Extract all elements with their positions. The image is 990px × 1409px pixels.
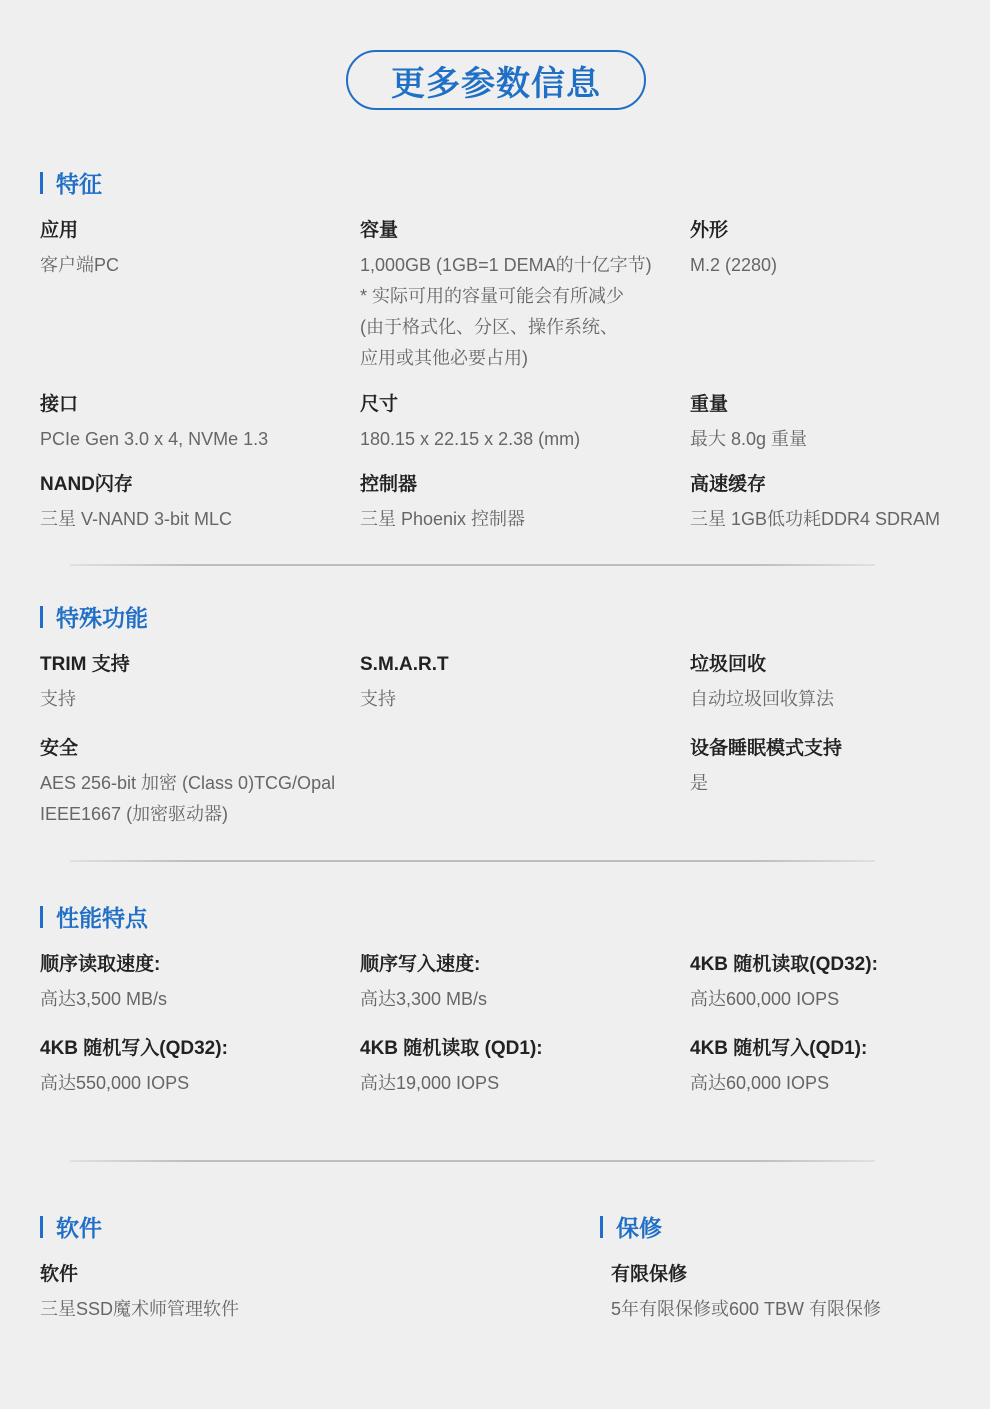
spec-value: 支持 [360,684,449,715]
spec-capacity: 容量 1,000GB (1GB=1 DEMA的十亿字节) * 实际可用的容量可能… [360,220,652,374]
spec-form-factor: 外形 M.2 (2280) [690,220,777,281]
spec-label: 容量 [360,220,652,242]
spec-value: 支持 [40,684,130,715]
spec-value: 最大 8.0g 重量 [690,424,807,455]
spec-security: 安全 AES 256-bit 加密 (Class 0)TCG/Opal IEEE… [40,738,335,830]
spec-dimensions: 尺寸 180.15 x 22.15 x 2.38 (mm) [360,394,580,455]
spec-label: 应用 [40,220,119,242]
spec-value: 三星 1GB低功耗DDR4 SDRAM [690,504,940,535]
spec-label: 垃圾回收 [690,654,834,676]
spec-value: 高达600,000 IOPS [690,984,878,1015]
spec-label: 设备睡眠模式支持 [690,738,842,760]
spec-weight: 重量 最大 8.0g 重量 [690,394,807,455]
spec-value: 三星SSD魔术师管理软件 [40,1294,239,1325]
spec-software: 软件 三星SSD魔术师管理软件 [40,1264,239,1325]
spec-value: 是 [690,768,842,799]
spec-value: AES 256-bit 加密 (Class 0)TCG/Opal [40,768,335,799]
perf-rand-read-qd1: 4KB 随机读取 (QD1): 高达19,000 IOPS [360,1038,543,1099]
section-divider [70,860,875,862]
spec-label: 重量 [690,394,807,416]
spec-label: TRIM 支持 [40,654,130,676]
spec-value: 客户端PC [40,250,119,281]
spec-value: 5年有限保修或600 TBW 有限保修 [611,1294,881,1325]
spec-warranty: 有限保修 5年有限保修或600 TBW 有限保修 [611,1264,881,1325]
spec-value: 高达19,000 IOPS [360,1068,543,1099]
section-accent-bar [40,906,43,928]
spec-label: 4KB 随机写入(QD32): [40,1038,228,1060]
spec-label: 尺寸 [360,394,580,416]
section-title-text: 特征 [56,166,102,199]
spec-garbage-collection: 垃圾回收 自动垃圾回收算法 [690,654,834,715]
spec-value: 高达3,500 MB/s [40,984,167,1015]
spec-label: 顺序写入速度: [360,954,487,976]
spec-value-note: (由于格式化、分区、操作系统、 [360,312,652,343]
perf-seq-write: 顺序写入速度: 高达3,300 MB/s [360,954,487,1015]
spec-nand: NAND闪存 三星 V-NAND 3-bit MLC [40,474,232,535]
spec-trim: TRIM 支持 支持 [40,654,130,715]
spec-label: 软件 [40,1264,239,1286]
section-title-text: 特殊功能 [56,600,148,633]
section-divider [70,564,875,566]
spec-label: 顺序读取速度: [40,954,167,976]
spec-label: 4KB 随机写入(QD1): [690,1038,867,1060]
section-title-performance: 性能特点 [40,900,148,933]
perf-rand-read-qd32: 4KB 随机读取(QD32): 高达600,000 IOPS [690,954,878,1015]
section-title-software: 软件 [40,1210,102,1243]
perf-seq-read: 顺序读取速度: 高达3,500 MB/s [40,954,167,1015]
page-title: 更多参数信息 [391,56,601,105]
spec-label: 有限保修 [611,1264,881,1286]
spec-label: 4KB 随机读取 (QD1): [360,1038,543,1060]
spec-value: 1,000GB (1GB=1 DEMA的十亿字节) [360,250,652,281]
spec-label: 外形 [690,220,777,242]
section-title-special: 特殊功能 [40,600,148,633]
section-accent-bar [40,1216,43,1238]
spec-value: 三星 V-NAND 3-bit MLC [40,504,232,535]
spec-label: 接口 [40,394,268,416]
spec-smart: S.M.A.R.T 支持 [360,654,449,715]
spec-value: 高达550,000 IOPS [40,1068,228,1099]
section-title-warranty: 保修 [600,1210,662,1243]
section-title-text: 保修 [616,1210,662,1243]
section-accent-bar [40,172,43,194]
spec-value: 高达3,300 MB/s [360,984,487,1015]
spec-label: NAND闪存 [40,474,232,496]
spec-cache: 高速缓存 三星 1GB低功耗DDR4 SDRAM [690,474,940,535]
section-accent-bar [40,606,43,628]
perf-rand-write-qd1: 4KB 随机写入(QD1): 高达60,000 IOPS [690,1038,867,1099]
spec-label: S.M.A.R.T [360,654,449,676]
spec-label: 控制器 [360,474,525,496]
section-accent-bar [600,1216,603,1238]
spec-value: 180.15 x 22.15 x 2.38 (mm) [360,424,580,455]
spec-value: IEEE1667 (加密驱动器) [40,799,335,830]
section-divider [70,1160,875,1162]
perf-rand-write-qd32: 4KB 随机写入(QD32): 高达550,000 IOPS [40,1038,228,1099]
spec-label: 高速缓存 [690,474,940,496]
spec-value: 自动垃圾回收算法 [690,684,834,715]
more-specs-header: 更多参数信息 [346,50,646,110]
spec-value-note: * 实际可用的容量可能会有所减少 [360,281,652,312]
spec-value: 三星 Phoenix 控制器 [360,504,525,535]
section-title-text: 性能特点 [56,900,148,933]
spec-controller: 控制器 三星 Phoenix 控制器 [360,474,525,535]
section-title-features: 特征 [40,166,102,199]
spec-value: PCIe Gen 3.0 x 4, NVMe 1.3 [40,424,268,455]
section-title-text: 软件 [56,1210,102,1243]
spec-application: 应用 客户端PC [40,220,119,281]
spec-label: 4KB 随机读取(QD32): [690,954,878,976]
spec-value: M.2 (2280) [690,250,777,281]
spec-label: 安全 [40,738,335,760]
spec-value-note: 应用或其他必要占用) [360,343,652,374]
spec-device-sleep: 设备睡眠模式支持 是 [690,738,842,799]
spec-value: 高达60,000 IOPS [690,1068,867,1099]
spec-interface: 接口 PCIe Gen 3.0 x 4, NVMe 1.3 [40,394,268,455]
